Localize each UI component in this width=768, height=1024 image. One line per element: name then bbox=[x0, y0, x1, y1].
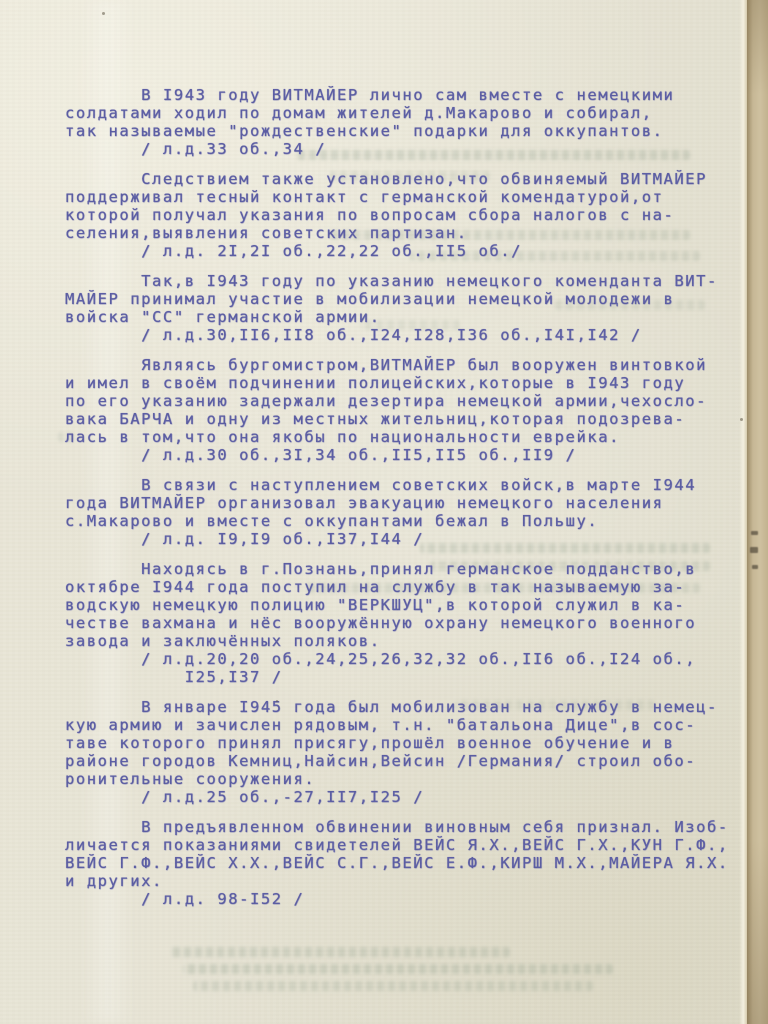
text-line: завода и заключённых поляков. bbox=[65, 632, 755, 650]
text-line: октябре I944 года поступил на службу в т… bbox=[65, 578, 755, 596]
text-line: которой получал указания по вопросам сбо… bbox=[65, 206, 755, 224]
document-text: В I943 году ВИТМАЙЕР лично сам вместе с … bbox=[65, 86, 755, 920]
text-line: / л.д. 98-I52 / bbox=[65, 890, 755, 908]
text-line: / л.д. 2I,2I об.,22,22 об.,II5 об./ bbox=[65, 242, 755, 260]
text-line: Следствием также установлено,что обвиняе… bbox=[65, 170, 755, 188]
text-line: личается показаниями свидетелей ВЕЙС Я.Х… bbox=[65, 836, 755, 854]
text-line: / л.д. I9,I9 об.,I37,I44 / bbox=[65, 530, 755, 548]
adjacent-page-edge bbox=[747, 0, 768, 1024]
text-line: Находясь в г.Познань,принял германское п… bbox=[65, 560, 755, 578]
text-line: / л.д.25 об.,-27,II7,I25 / bbox=[65, 788, 755, 806]
bleedthrough-mark bbox=[183, 964, 613, 974]
text-line: и других. bbox=[65, 872, 755, 890]
paragraph: В январе I945 года был мобилизован на сл… bbox=[65, 698, 755, 806]
paragraph: В связи с наступлением советских войск,в… bbox=[65, 476, 755, 548]
paper-speck bbox=[102, 12, 105, 15]
bleedthrough-mark bbox=[193, 981, 593, 991]
paragraph: Находясь в г.Познань,принял германское п… bbox=[65, 560, 755, 686]
paragraph: В предъявленном обвинении виновным себя … bbox=[65, 818, 755, 908]
paragraph: Так,в I943 году по указанию немецкого ко… bbox=[65, 272, 755, 344]
text-line: лась в том,что она якобы по национальнос… bbox=[65, 428, 755, 446]
paragraph: В I943 году ВИТМАЙЕР лично сам вместе с … bbox=[65, 86, 755, 158]
paper-speck bbox=[740, 418, 743, 421]
text-line: года ВИТМАЙЕР организовал эвакуацию неме… bbox=[65, 494, 755, 512]
text-line: / л.д.20,20 об.,24,25,26,32,32 об.,II6 о… bbox=[65, 650, 755, 668]
paragraph: Являясь бургомистром,ВИТМАЙЕР был вооруж… bbox=[65, 356, 755, 464]
text-line: войска "СС" германской армии. bbox=[65, 308, 755, 326]
text-line: В связи с наступлением советских войск,в… bbox=[65, 476, 755, 494]
page-edge-highlight bbox=[739, 0, 747, 1024]
paper-speck bbox=[276, 700, 278, 702]
text-line: вака БАРЧА и одну из местных жительниц,к… bbox=[65, 410, 755, 428]
adjacent-page-mark bbox=[752, 565, 758, 569]
text-line: поддерживал тесный контакт с германской … bbox=[65, 188, 755, 206]
text-line: таве которого принял присягу,прошёл воен… bbox=[65, 734, 755, 752]
adjacent-page-mark bbox=[750, 547, 758, 553]
adjacent-page-mark bbox=[751, 531, 758, 535]
text-line: ВЕЙС Г.Ф.,ВЕЙС Х.Х.,ВЕЙС С.Г.,ВЕЙС Е.Ф.,… bbox=[65, 854, 755, 872]
text-line: солдатами ходил по домам жителей д.Макар… bbox=[65, 104, 755, 122]
scanned-document-photo: В I943 году ВИТМАЙЕР лично сам вместе с … bbox=[0, 0, 768, 1024]
text-line: селения,выявления советских партизан. bbox=[65, 224, 755, 242]
document-page: В I943 году ВИТМАЙЕР лично сам вместе с … bbox=[0, 0, 747, 1024]
text-line: кую армию и зачислен рядовым, т.н. "бата… bbox=[65, 716, 755, 734]
text-line: водскую немецкую полицию "ВЕРКШУЦ",в кот… bbox=[65, 596, 755, 614]
text-line: районе городов Кемниц,Найсин,Вейсин /Гер… bbox=[65, 752, 755, 770]
text-line: по его указанию задержали дезертира неме… bbox=[65, 392, 755, 410]
text-line: / л.д.30,II6,II8 об.,I24,I28,I36 об.,I4I… bbox=[65, 326, 755, 344]
text-line: МАЙЕР принимал участие в мобилизации нем… bbox=[65, 290, 755, 308]
text-line: с.Макарово и вместе с оккупантами бежал … bbox=[65, 512, 755, 530]
paragraph: Следствием также установлено,что обвиняе… bbox=[65, 170, 755, 260]
text-line: I25,I37 / bbox=[65, 668, 755, 686]
text-line: Являясь бургомистром,ВИТМАЙЕР был вооруж… bbox=[65, 356, 755, 374]
text-line: В предъявленном обвинении виновным себя … bbox=[65, 818, 755, 836]
text-line: Так,в I943 году по указанию немецкого ко… bbox=[65, 272, 755, 290]
text-line: честве вахмана и нёс вооружённую охрану … bbox=[65, 614, 755, 632]
text-line: так называемые "рождественские" подарки … bbox=[65, 122, 755, 140]
bleedthrough-mark bbox=[170, 947, 510, 957]
text-line: / л.д.30 об.,3I,34 об.,II5,II5 об.,II9 / bbox=[65, 446, 755, 464]
text-line: В январе I945 года был мобилизован на сл… bbox=[65, 698, 755, 716]
text-line: В I943 году ВИТМАЙЕР лично сам вместе с … bbox=[65, 86, 755, 104]
text-line: ронительные сооружения. bbox=[65, 770, 755, 788]
text-line: и имел в своём подчинении полицейских,ко… bbox=[65, 374, 755, 392]
text-line: / л.д.33 об.,34 / bbox=[65, 140, 755, 158]
